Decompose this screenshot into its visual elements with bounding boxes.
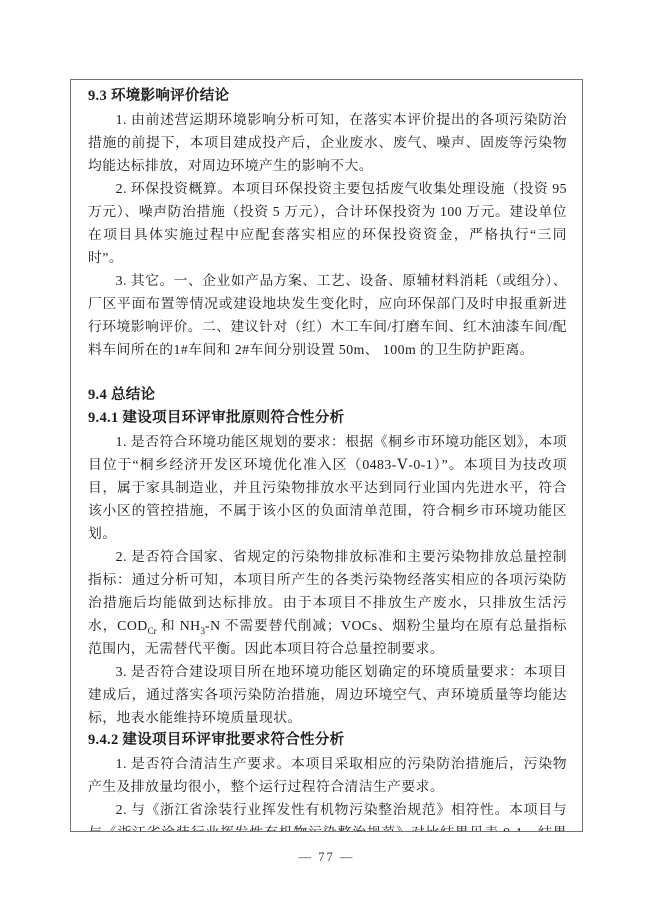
subscript-run-cod-cr: Cr (148, 626, 157, 636)
section-heading-9-4-2: 9.4.2 建设项目环评审批要求符合性分析 (88, 729, 567, 752)
paragraph-9-4-2-item-2: 2. 与《浙江省涂装行业挥发性有机物污染整治规范》相符性。本项目与与《浙江省涂装… (88, 798, 567, 832)
document-content-border-box: 9.3 环境影响评价结论 1. 由前述营运期环境影响分析可知，在落实本评价提出的… (70, 79, 583, 832)
paragraph-9-4-2-item-1: 1. 是否符合清洁生产要求。本项目采取相应的污染防治措施后，污染物产生及排放量均… (88, 752, 567, 798)
paragraph-9-4-1-item-3: 3. 是否符合建设项目所在地环境功能区划确定的环境质量要求：本项目建成后，通过落… (88, 660, 567, 729)
section-heading-9-3: 9.3 环境影响评价结论 (88, 85, 567, 108)
text-run: 和 NH (157, 618, 201, 633)
paragraph-9-4-1-item-1: 1. 是否符合环境功能区规划的要求：根据《桐乡市环境功能区划》，本项目位于“桐乡… (88, 430, 567, 545)
paragraph-9-3-item-2: 2. 环保投资概算。本项目环保投资主要包括废气收集处理设施（投资 95 万元）、… (88, 177, 567, 269)
section-heading-9-4-1: 9.4.1 建设项目环评审批原则符合性分析 (88, 407, 567, 430)
page-number: — 77 — (70, 850, 583, 865)
paragraph-9-3-item-1: 1. 由前述营运期环境影响分析可知，在落实本评价提出的各项污染防治措施的前提下，… (88, 108, 567, 177)
section-heading-9-4: 9.4 总结论 (88, 384, 567, 407)
paragraph-9-3-item-3: 3. 其它。一、企业如产品方案、工艺、设备、原辅材料消耗（或组分）、厂区平面布置… (88, 269, 567, 361)
paragraph-9-4-1-item-2: 2. 是否符合国家、省规定的污染物排放标准和主要污染物排放总量控制指标：通过分析… (88, 545, 567, 660)
